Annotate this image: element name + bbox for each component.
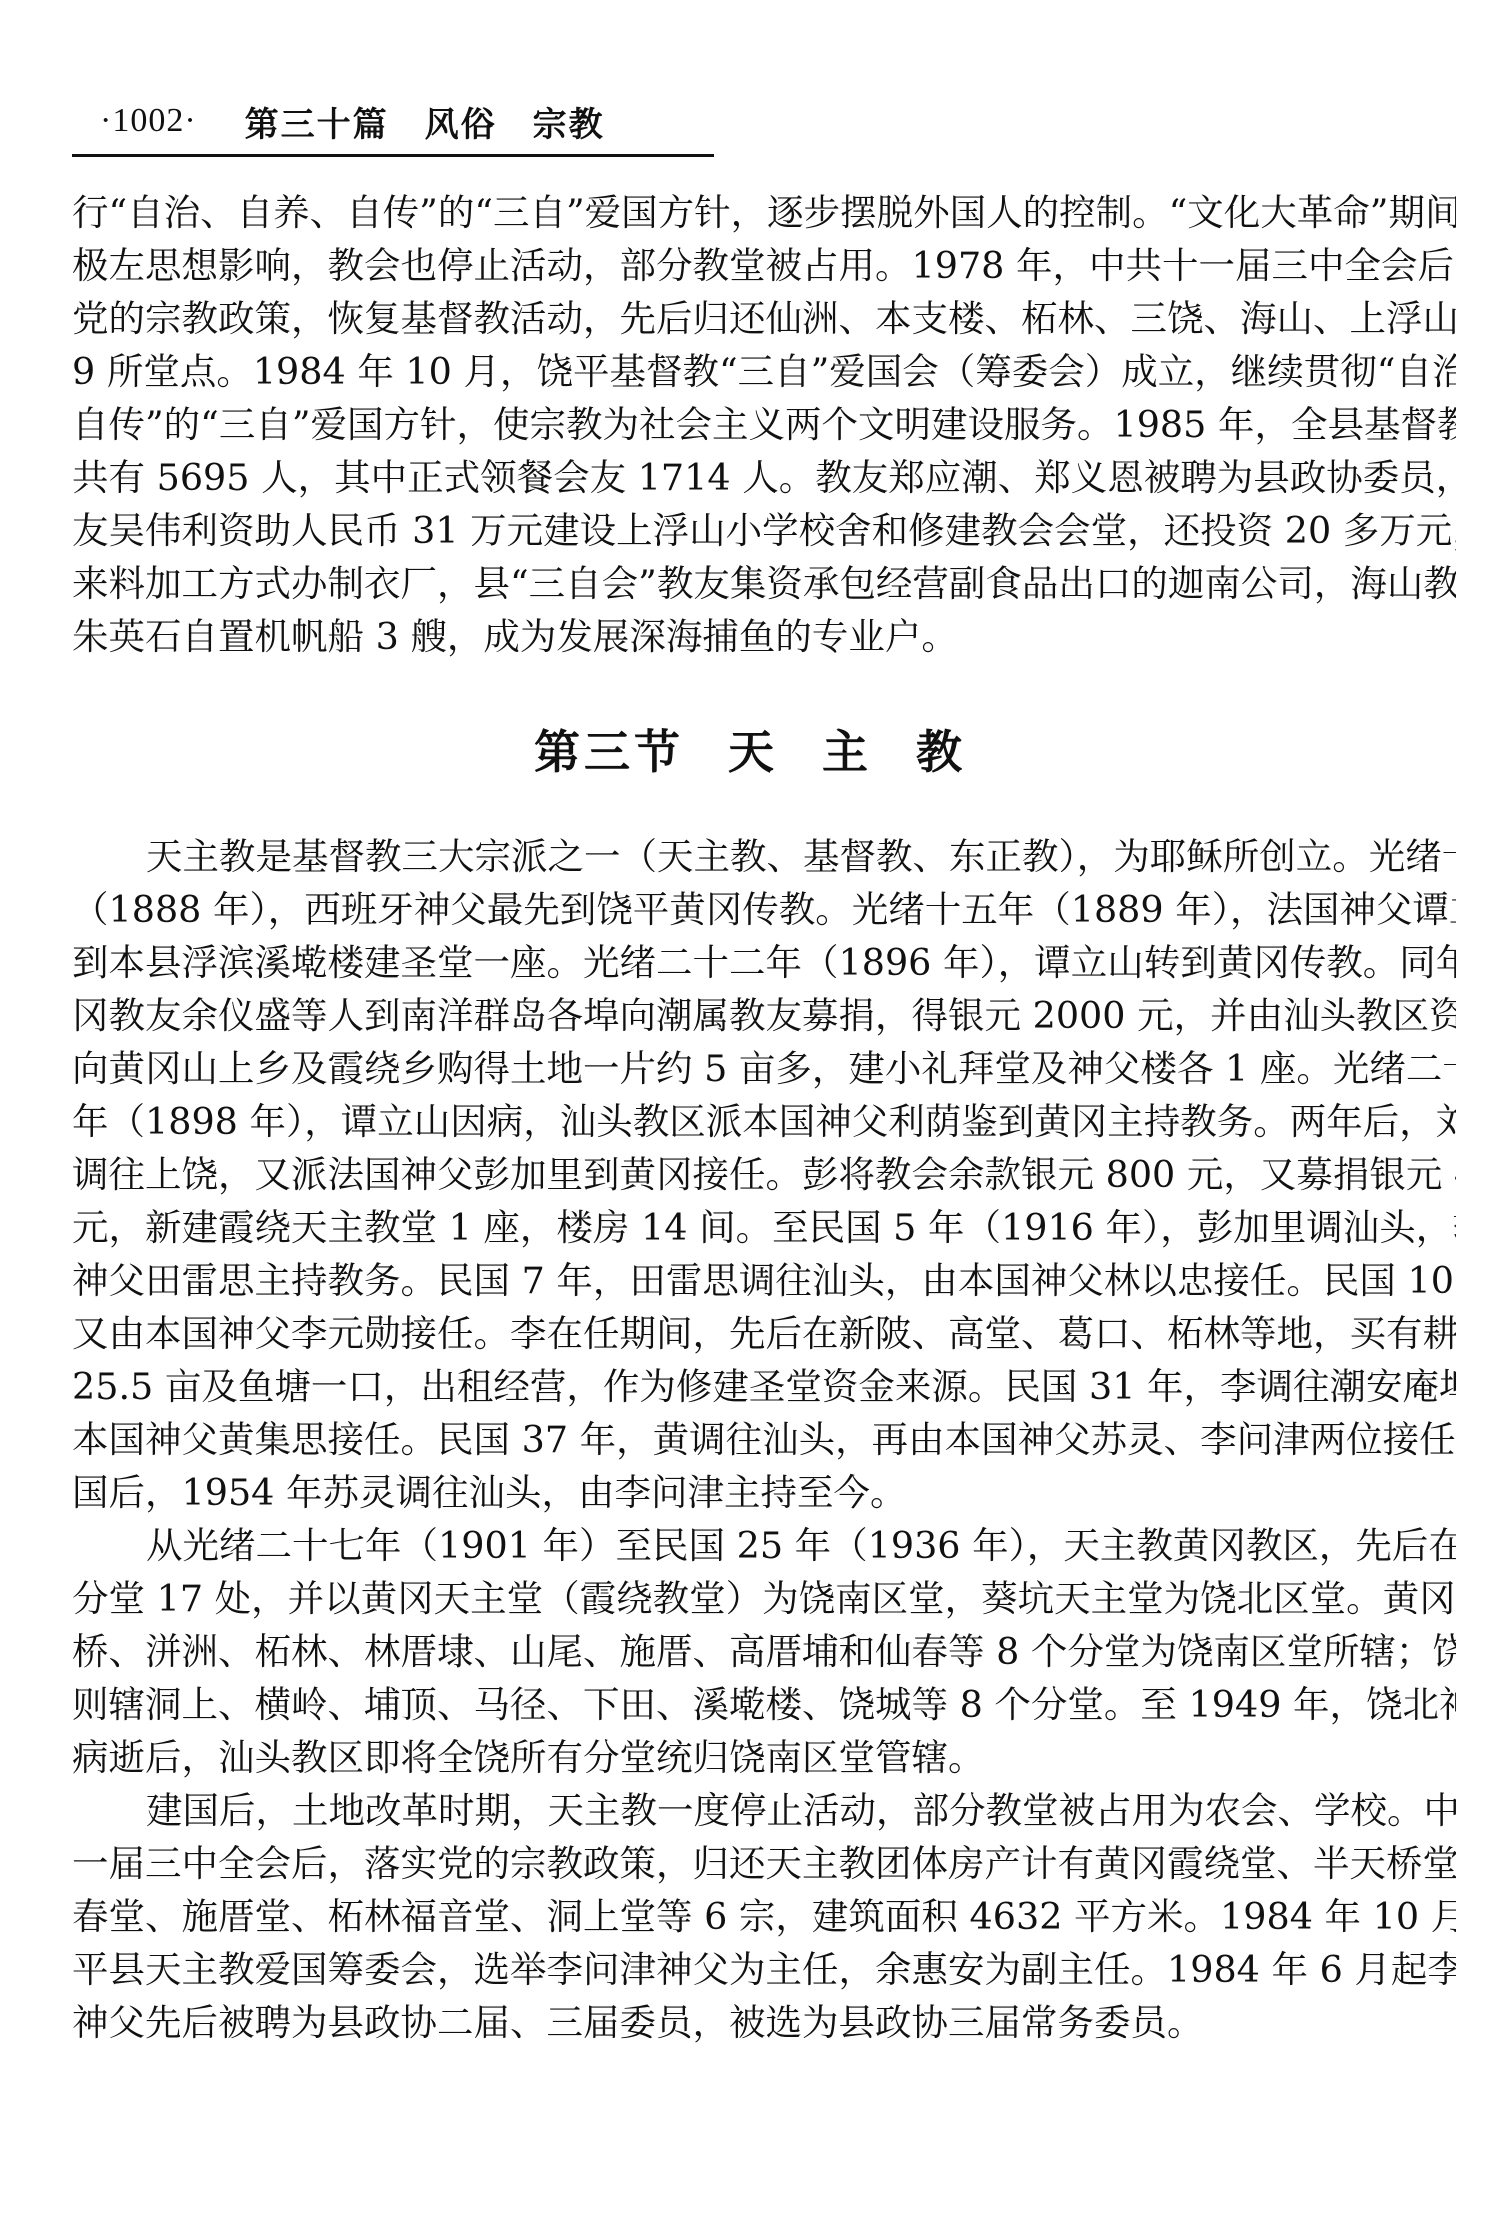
text-line: 来料加工方式办制衣厂，县“三自会”教友集资承包经营副食品出口的迦南公司，海山教友 [72, 557, 1456, 610]
text-line: 神父田雷思主持教务。民国 7 年，田雷思调往汕头，由本国神父林以忠接任。民国 1… [72, 1254, 1456, 1307]
header-rule [72, 154, 714, 157]
paragraph-after-founding: 建国后，土地改革时期，天主教一度停止活动，部分教堂被占用为农会、学校。中共十 一… [72, 1784, 1456, 2049]
text-line: 行“自治、自养、自传”的“三自”爱国方针，逐步摆脱外国人的控制。“文化大革命”期… [72, 186, 1456, 239]
text-line: 调往上饶，又派法国神父彭加里到黄冈接任。彭将教会余款银元 800 元，又募捐银元… [72, 1148, 1456, 1201]
text-line: 则辖洞上、横岭、埔顶、马径、下田、溪墘楼、饶城等 8 个分堂。至 1949 年，… [72, 1678, 1456, 1731]
category-title: 风俗 [425, 105, 497, 145]
text-line: 年（1898 年），谭立山因病，汕头教区派本国神父利荫鉴到黄冈主持教务。两年后，… [72, 1095, 1456, 1148]
page-number: ·1002· [100, 102, 197, 140]
running-title: 第三十篇风俗宗教 [245, 97, 605, 146]
text-line: 极左思想影响，教会也停止活动，部分教堂被占用。1978 年，中共十一届三中全会后… [72, 239, 1456, 292]
text-line: 共有 5695 人，其中正式领餐会友 1714 人。教友郑应潮、郑义恩被聘为县政… [72, 451, 1456, 504]
section-number: 第三节 [534, 725, 684, 779]
paragraph-protestant-continued: 行“自治、自养、自传”的“三自”爱国方针，逐步摆脱外国人的控制。“文化大革命”期… [72, 186, 1456, 663]
text-line: 分堂 17 处，并以黄冈天主堂（霞绕教堂）为饶南区堂，葵坑天主堂为饶北区堂。黄冈… [72, 1572, 1456, 1625]
section-title-char: 教 [916, 725, 966, 779]
paragraph-branch-churches: 从光绪二十七年（1901 年）至民国 25 年（1936 年），天主教黄冈教区，… [72, 1519, 1456, 1784]
subcategory-title: 宗教 [533, 105, 605, 145]
section-heading: 第三节天主教 [0, 716, 1500, 782]
text-line: 友吴伟利资助人民币 31 万元建设上浮山小学校舍和修建教会会堂，还投资 20 多… [72, 504, 1456, 557]
text-line: 党的宗教政策，恢复基督教活动，先后归还仙洲、本支楼、柘林、三饶、海山、上浮山、黄… [72, 292, 1456, 345]
text-line: 9 所堂点。1984 年 10 月，饶平基督教“三自”爱国会（筹委会）成立，继续… [72, 345, 1456, 398]
section-title-char: 主 [822, 725, 872, 779]
text-line: 平县天主教爱国筹委会，选举李问津神父为主任，余惠安为副主任。1984 年 6 月… [72, 1943, 1456, 1996]
section-body: 天主教是基督教三大宗派之一（天主教、基督教、东正教），为耶稣所创立。光绪十四年 … [72, 830, 1456, 2049]
text-line: 病逝后，汕头教区即将全饶所有分堂统归饶南区堂管辖。 [72, 1731, 1456, 1784]
section-title-char: 天 [728, 725, 778, 779]
text-line: 天主教是基督教三大宗派之一（天主教、基督教、东正教），为耶稣所创立。光绪十四年 [72, 830, 1456, 883]
text-line: 从光绪二十七年（1901 年）至民国 25 年（1936 年），天主教黄冈教区，… [72, 1519, 1456, 1572]
part-title: 第三十篇 [245, 105, 389, 145]
text-line: 朱英石自置机帆船 3 艘，成为发展深海捕鱼的专业户。 [72, 610, 1456, 663]
text-line: 又由本国神父李元勋接任。李在任期间，先后在新陂、高堂、葛口、柘林等地，买有耕地 [72, 1307, 1456, 1360]
text-line: 到本县浮滨溪墘楼建圣堂一座。光绪二十二年（1896 年），谭立山转到黄冈传教。同… [72, 936, 1456, 989]
text-line: 冈教友余仪盛等人到南洋群岛各埠向潮属教友募捐，得银元 2000 元，并由汕头教区… [72, 989, 1456, 1042]
text-line: 一届三中全会后，落实党的宗教政策，归还天主教团体房产计有黄冈霞绕堂、半天桥堂、仙 [72, 1837, 1456, 1890]
text-line: 自传”的“三自”爱国方针，使宗教为社会主义两个文明建设服务。1985 年，全县基… [72, 398, 1456, 451]
text-line: 神父先后被聘为县政协二届、三届委员，被选为县政协三届常务委员。 [72, 1996, 1456, 2049]
text-line: 建国后，土地改革时期，天主教一度停止活动，部分教堂被占用为农会、学校。中共十 [72, 1784, 1456, 1837]
text-line: 元，新建霞绕天主教堂 1 座，楼房 14 间。至民国 5 年（1916 年），彭… [72, 1201, 1456, 1254]
text-line: 本国神父黄集思接任。民国 37 年，黄调往汕头，再由本国神父苏灵、李问津两位接任… [72, 1413, 1456, 1466]
text-line: （1888 年），西班牙神父最先到饶平黄冈传教。光绪十五年（1889 年），法国… [72, 883, 1456, 936]
running-header: ·1002· 第三十篇风俗宗教 [100, 96, 605, 146]
text-line: 向黄冈山上乡及霞绕乡购得土地一片约 5 亩多，建小礼拜堂及神父楼各 1 座。光绪… [72, 1042, 1456, 1095]
text-line: 桥、洴洲、柘林、林厝埭、山尾、施厝、高厝埔和仙春等 8 个分堂为饶南区堂所辖；饶… [72, 1625, 1456, 1678]
text-line: 国后，1954 年苏灵调往汕头，由李问津主持至今。 [72, 1466, 1456, 1519]
paragraph-catholic-history: 天主教是基督教三大宗派之一（天主教、基督教、东正教），为耶稣所创立。光绪十四年 … [72, 830, 1456, 1519]
text-line: 25.5 亩及鱼塘一口，出租经营，作为修建圣堂资金来源。民国 31 年，李调往潮… [72, 1360, 1456, 1413]
text-line: 春堂、施厝堂、柘林福音堂、洞上堂等 6 宗，建筑面积 4632 平方米。1984… [72, 1890, 1456, 1943]
